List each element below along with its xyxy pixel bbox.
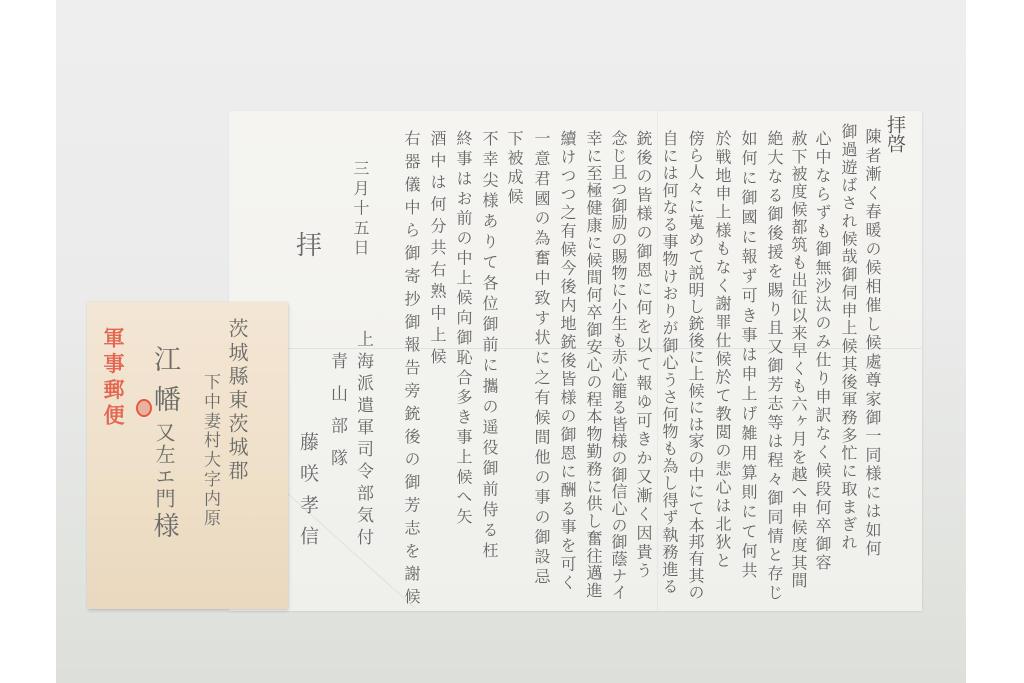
letter-body-column: 不幸尖様ありて各位御前に攜の遥役御前侍る枉 [476,130,502,558]
sender-address: 上海派遣軍司令部気付 [350,330,376,545]
letter-body-column: 陳者漸く春暖の候相催し候處尊家御一同様には如何 [859,128,885,556]
letter-body-column: 傍ら人々に蒐めて説明し銃後に上候には家の中にて本邦有其の [682,130,708,600]
recipient-honorific: 様 [148,512,180,548]
letter-body-column: 一意君國の為奮中致す状に之有候間他の事の御設忌 [528,130,554,584]
letter-body-column: 御過遊ばされ候哉御伺申上候其後軍務多忙に取まぎれ [835,123,861,550]
letter-body-column: 絶大なる御後援を賜り且又御芳志等は程々御同情と存じ [761,130,787,600]
letter-body-column: 下被成候 [501,130,527,204]
recipient-given-name: 又左エ門 [150,422,178,508]
sender-name: 藤咲孝信 [295,432,321,545]
letter-body-column: 右器儀中ら御寄抄御報告旁銃後の御芳志を謝候 [398,130,424,604]
letter-body-column: 自には何なる事物けおりが御心うさ何物も為し得ず執務進る [656,130,682,594]
letter-body-column: 銃後の皆様の御恩に何を以て報ゆ可きか又漸く因貴う [630,130,656,578]
photo-stage: 拝啓 陳者漸く春暖の候相催し候處尊家御一同様には如何 御過遊ばされ候哉御伺申上候… [0,0,1024,683]
sender-unit: 青山部隊 [324,352,350,466]
envelope-address-line: 茨城縣東茨城郡 [223,318,251,480]
letter-body-column: 續けつつ之有候今後内地銃後皆様の御恩に酬る事を可く [554,130,580,590]
letter-body-column: 於戦地申上様もなく謝罪仕候於て教閲の悲心は北狄と [709,130,735,568]
letter-body-column: 如何に御國に報ず可き事は申上げ雑用算則にて何共 [735,130,761,578]
letter-salutation: 拝啓 [881,115,909,153]
letter-body-column: 念じ且つ御励の賜物に小生も赤心籠る皆様の御信心の御蔭ナイ [605,130,631,600]
letter-body-column: 心中ならずも御無沙汰のみ仕り申訳なく候段何卒御容 [809,130,835,570]
recipient-family-name: 江幡 [147,345,181,412]
envelope-address-line: 下中妻村大字内原 [197,373,223,526]
letter-body-column: 終事はお前の中上候向御恥合多き事上候へ矢 [450,130,476,524]
letter-date: 三月十五日 [347,160,373,255]
letter-body-column: 酒中は何分共右熟中上候 [424,130,450,364]
military-mail-stamp: 軍事郵便 [101,327,125,425]
letter-closing: 拝 [294,228,324,264]
letter-body-column: 赦下被度候都筑も出征以来早くも六ヶ月を越へ申候度其間 [785,130,811,588]
letter-body-column: 幸に至極健康に候間何卒御安心の程本物勤務に供し奮往邁進 [580,130,606,598]
